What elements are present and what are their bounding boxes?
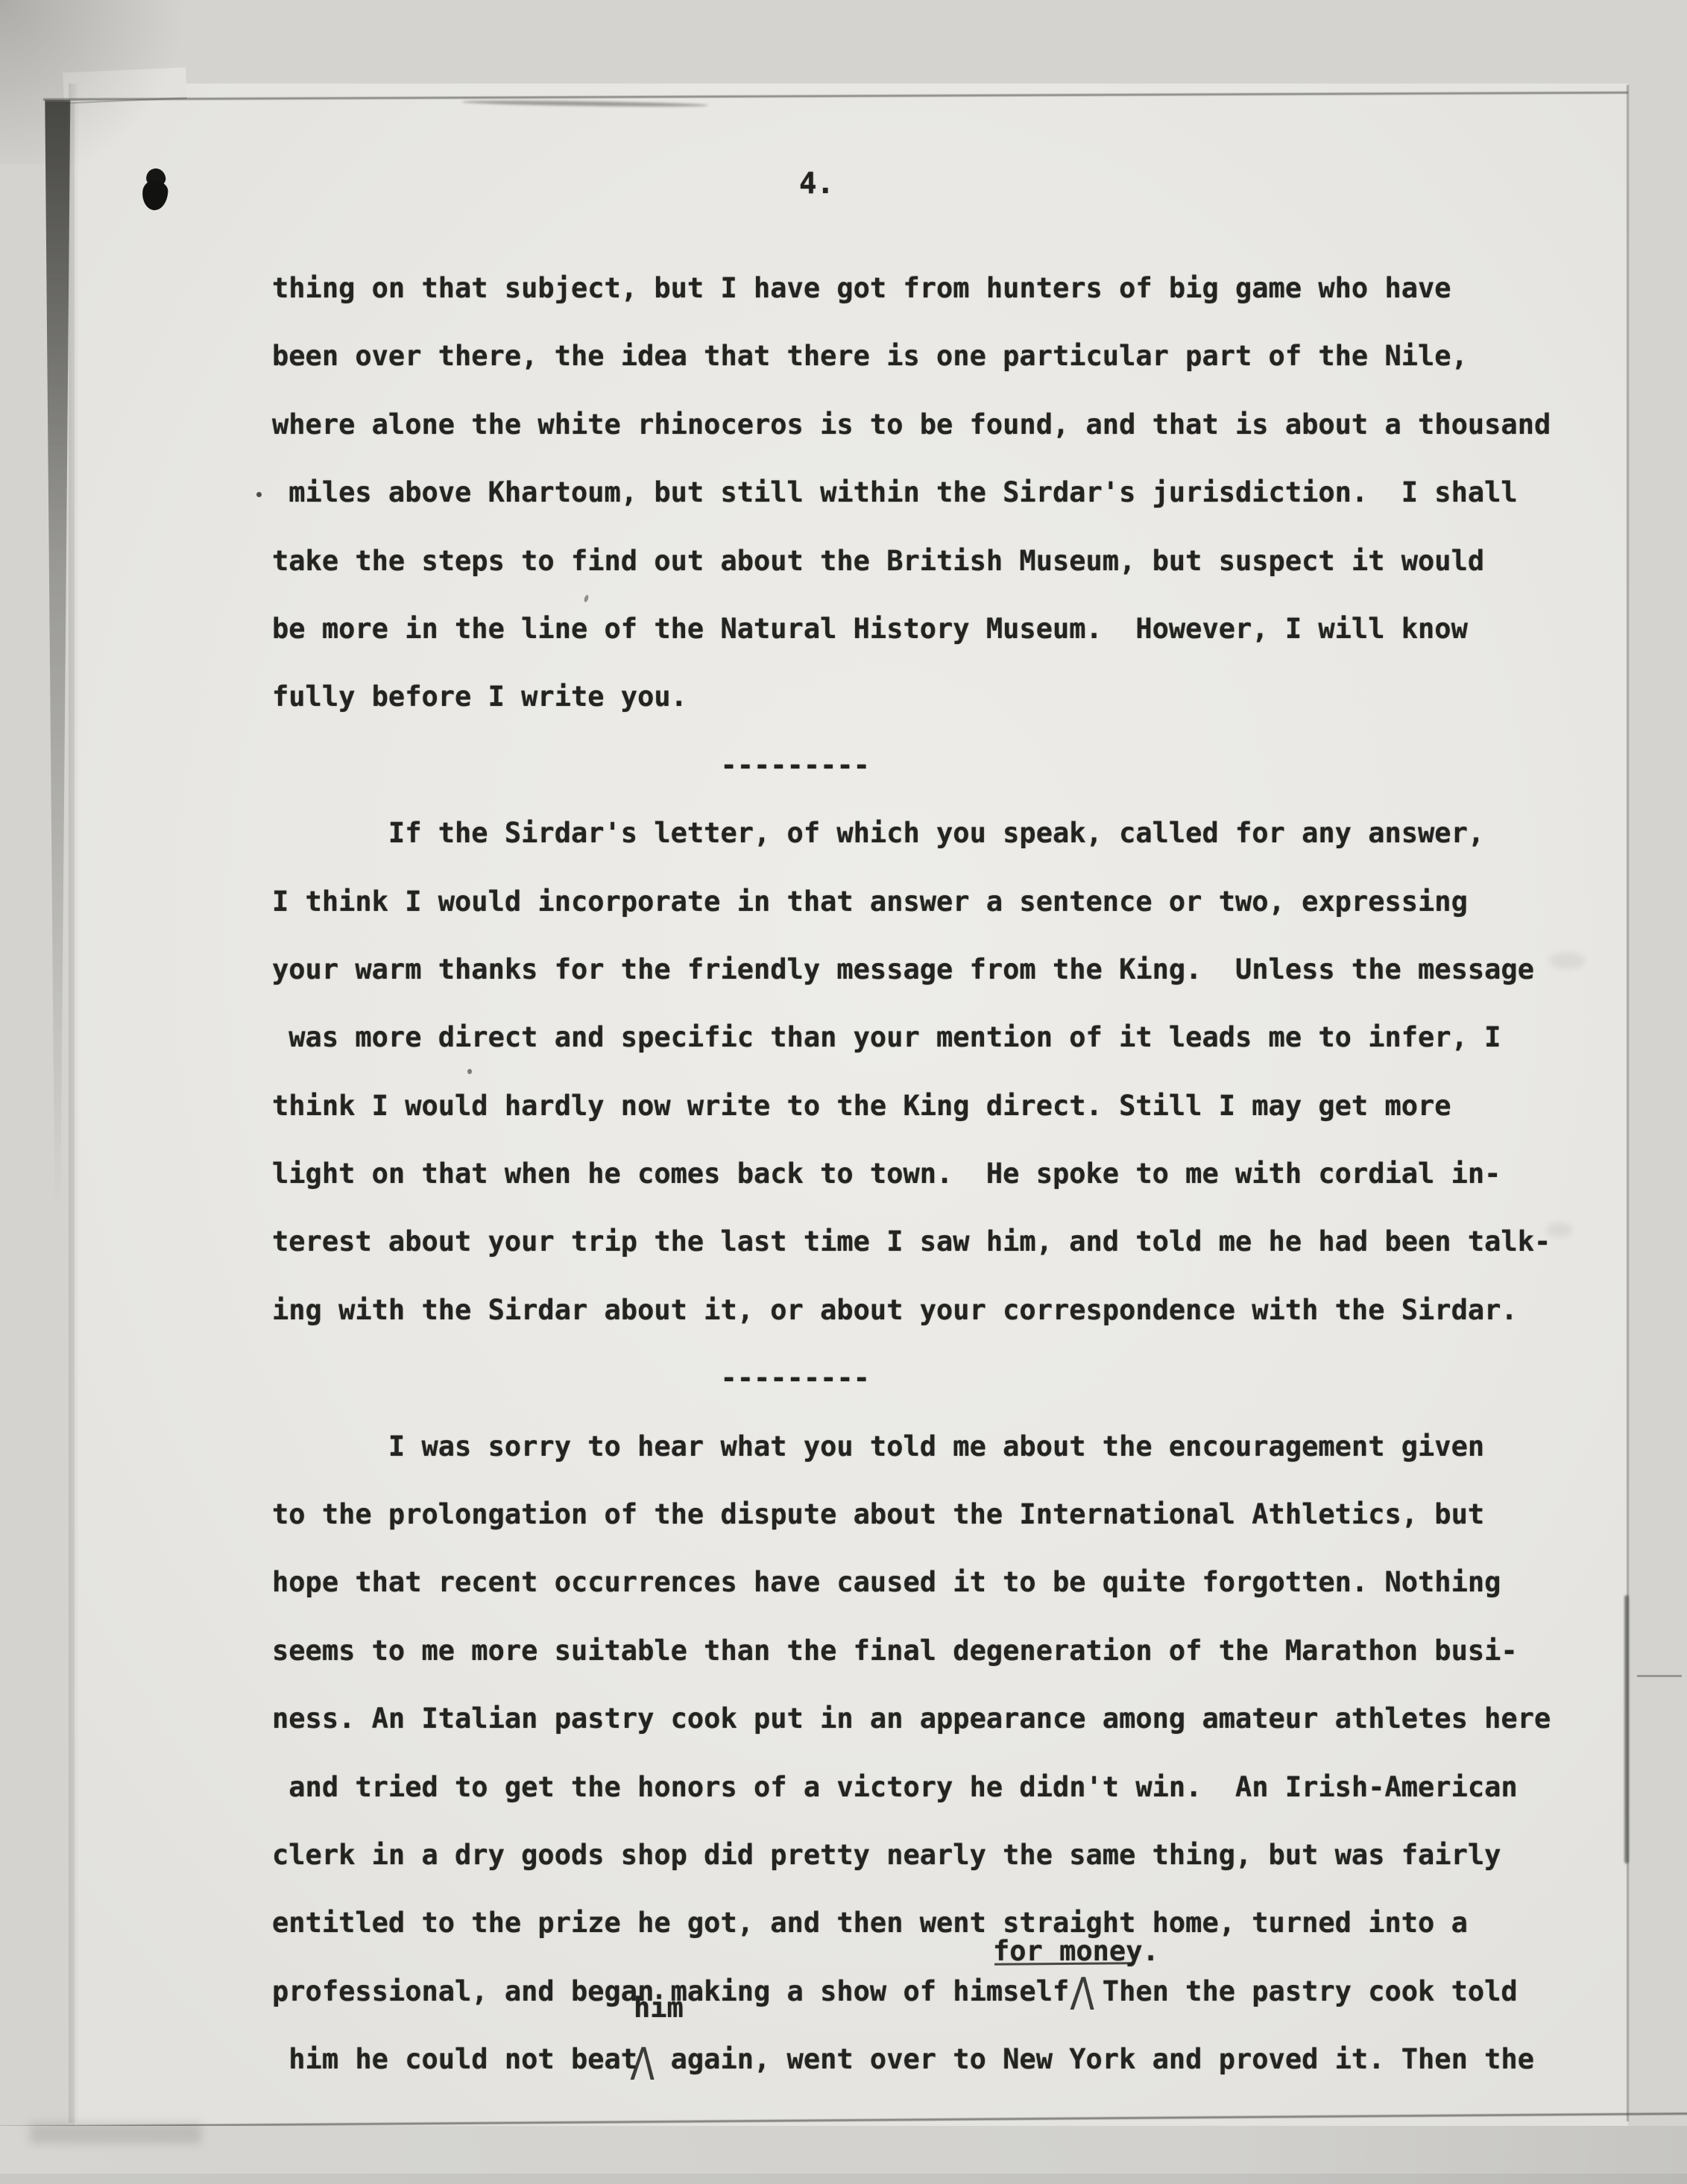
typed-line: your warm thanks for the friendly messag… — [272, 935, 1551, 1003]
speck-mark — [256, 492, 262, 497]
page-number: 4. — [799, 167, 834, 201]
typed-line: light on that when he comes back to town… — [272, 1140, 1551, 1208]
caret-insertion-mark-icon: Λ — [630, 2042, 656, 2087]
typed-line: professional, and began making a show of… — [272, 1957, 1551, 2025]
section-separator: --------- — [272, 1344, 1551, 1412]
caret-insertion-mark-icon: Λ — [1070, 1972, 1096, 2017]
typed-line: was more direct and specific than your m… — [272, 1003, 1551, 1071]
inserted-text-him: him — [634, 1992, 684, 2024]
typed-line: I think I would incorporate in that answ… — [272, 868, 1551, 935]
typed-line: thing on that subject, but I have got fr… — [272, 254, 1551, 322]
smudge-mark — [1549, 953, 1585, 969]
typed-line: miles above Khartoum, but still within t… — [272, 458, 1551, 526]
bottom-left-smudge — [30, 2123, 201, 2144]
typed-line: If the Sirdar's letter, of which you spe… — [272, 799, 1551, 867]
typed-line: ing with the Sirdar about it, or about y… — [272, 1276, 1551, 1344]
typed-line: fully before I write you. — [272, 663, 1551, 730]
typed-line: terest about your trip the last time I s… — [272, 1208, 1551, 1275]
typed-line: take the steps to find out about the Bri… — [272, 527, 1551, 595]
section-separator: --------- — [272, 731, 1551, 799]
typed-line: where alone the white rhinoceros is to b… — [272, 391, 1551, 458]
left-edge-shade — [69, 83, 79, 2123]
right-edge-tick — [1637, 1675, 1682, 1677]
typed-line: ness. An Italian pastry cook put in an a… — [272, 1685, 1551, 1752]
typed-line: hope that recent occurrences have caused… — [272, 1548, 1551, 1616]
top-left-corner-shade — [0, 0, 209, 164]
typed-line: been over there, the idea that there is … — [272, 322, 1551, 390]
ink-blot-mark — [141, 168, 171, 212]
typed-line: be more in the line of the Natural Histo… — [272, 595, 1551, 663]
typed-line: to the prolongation of the dispute about… — [272, 1480, 1551, 1548]
typed-line: him he could not beat again, went over t… — [272, 2025, 1551, 2093]
typed-text-block: thing on that subject, but I have got fr… — [272, 254, 1551, 2094]
typed-line: clerk in a dry goods shop did pretty nea… — [272, 1821, 1551, 1889]
scanned-letter-page: 4. thing on that subject, but I have got… — [0, 0, 1687, 2184]
typed-line: I was sorry to hear what you told me abo… — [272, 1413, 1551, 1480]
typed-line: and tried to get the honors of a victory… — [272, 1753, 1551, 1821]
typed-line: entitled to the prize he got, and then w… — [272, 1889, 1551, 1957]
right-edge-dark-streak — [1624, 1595, 1629, 1863]
bottom-scan-strip — [0, 2126, 1687, 2184]
typed-line: seems to me more suitable than the final… — [272, 1617, 1551, 1685]
typed-line: think I would hardly now write to the Ki… — [272, 1072, 1551, 1140]
